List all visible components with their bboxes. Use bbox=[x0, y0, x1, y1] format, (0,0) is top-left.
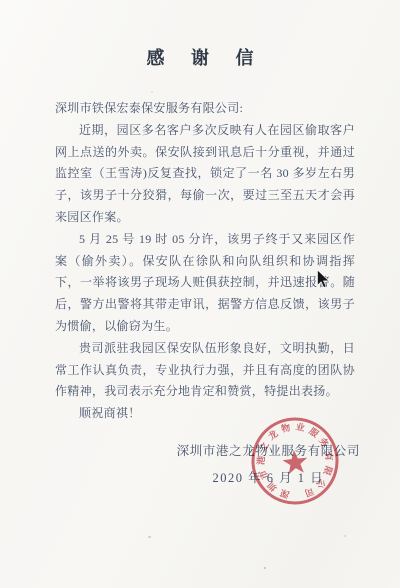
mouse-cursor-icon bbox=[316, 269, 331, 290]
letter-body: 深圳市铁保宏泰保安服务有限公司: 近期，园区多名客户多次反映有人在园区偷取客户网… bbox=[55, 98, 355, 425]
closing-greeting: 顺祝商祺！ bbox=[55, 403, 355, 425]
scanned-letter-page: 感 谢 信 深圳市铁保宏泰保安服务有限公司: 近期，园区多名客户多次反映有人在园… bbox=[0, 0, 400, 588]
scan-speck bbox=[148, 536, 151, 538]
signature-company: 深圳市港之龙物业服务有限公司 bbox=[177, 441, 360, 459]
paragraph-3: 贵司派驻我园区保安队伍形象良好，文明执勤，日常工作认真负责，专业执行力强，并且有… bbox=[55, 338, 355, 403]
scan-speck bbox=[344, 535, 346, 537]
scan-speck bbox=[264, 567, 266, 569]
salutation: 深圳市铁保宏泰保安服务有限公司: bbox=[55, 98, 355, 120]
paragraph-1: 近期，园区多名客户多次反映有人在园区偷取客户网上点送的外卖。保安队接到讯息后十分… bbox=[55, 120, 355, 229]
scan-speck bbox=[151, 91, 153, 93]
signature-block: 深圳市港之龙物业服务有限公司 2020 年 6 月 1 日 bbox=[177, 441, 360, 486]
signature-date: 2020 年 6 月 1 日 bbox=[177, 468, 360, 486]
paragraph-2: 5 月 25 号 19 时 05 分许，该男子终于又来园区作案（偷外卖）。保安队… bbox=[55, 229, 355, 338]
letter-title: 感 谢 信 bbox=[0, 44, 400, 70]
